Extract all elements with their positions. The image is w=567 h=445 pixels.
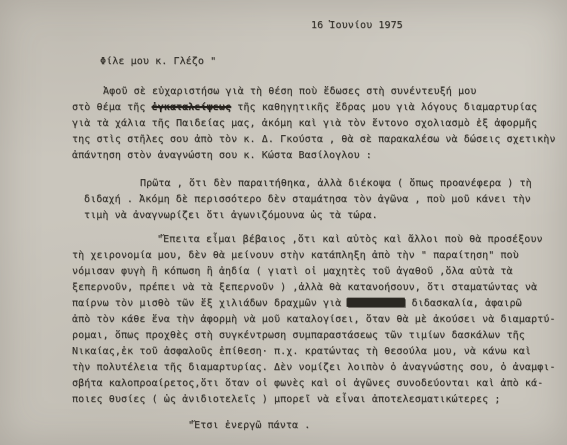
letter-line: Νικαίας,ἐκ τοῦ ἀσφαλοῦς ἐπίθεση· π.χ. κρ… (72, 346, 531, 357)
text-segment: τὴν πολυτέλεια τῆς διαμαρτυρίας. Δὲν νομ… (72, 362, 556, 373)
text-segment: στὸ θέμα τῆς (72, 102, 152, 113)
letter-line: τὴ χειρονομία μου, δὲν θὰ μείνουν στὴν κ… (72, 250, 519, 261)
letter-line: παίρνω τὸν μισθὸ τῶν ἕξ χιλιάδων δραχμῶν… (72, 298, 522, 309)
text-segment: ρομαι, ὅπως προχθὲς στὴ συγκέντρωση συμπ… (72, 330, 525, 341)
letter-line: ρομαι, ὅπως προχθὲς στὴ συγκέντρωση συμπ… (72, 330, 525, 341)
letter-line: διδαχή . Ἀκόμη δὲ περισσότερο δὲν σταμάτ… (84, 194, 531, 205)
text-segment: γιὰ τὰ χάλια τῆς Παιδείας μας, ἀκόμη καὶ… (72, 118, 537, 129)
letter-line: ξεπερνοῦν, πρέπει νὰ τὰ ξεπερνοῦν ) ,ἀλλ… (72, 282, 537, 293)
letter-date: 16 Ἰουνίου 1975 (311, 20, 403, 31)
text-segment: ποιες θυσίες ( ὡς ἀνιδιοτελεῖς ) μπορεῖ … (72, 394, 500, 405)
text-segment: διδασκαλία, ἀφαιρῶ (405, 298, 521, 309)
text-segment: της στὶς στῆλες σου ἀπὸ τὸν κ. Δ. Γκούστ… (72, 134, 556, 145)
letter-line: ποιες θυσίες ( ὡς ἀνιδιοτελεῖς ) μπορεῖ … (72, 394, 500, 405)
text-segment: ἀπὸ τὸν κάθε ἕνα τὴν ἀφορμὴ νὰ μοῦ καταλ… (72, 314, 556, 325)
text-segment: διδαχή . Ἀκόμη δὲ περισσότερο δὲν σταμάτ… (84, 194, 531, 205)
letter-line: σβήτα καλοπροαίρετος,ὅτι ὅταν οἱ φωνὲς κ… (72, 378, 543, 389)
letter-line: τιμὴ νὰ ἀναγνωρίζει ὅτι ἀγωνιζόμουνα ὡς … (84, 210, 378, 221)
text-segment: σβήτα καλοπροαίρετος,ὅτι ὅταν οἱ φωνὲς κ… (72, 378, 543, 389)
text-segment: τὴ χειρονομία μου, δὲν θὰ μείνουν στὴν κ… (72, 250, 519, 261)
text-segment: παίρνω τὸν μισθὸ τῶν ἕξ χιλιάδων δραχμῶν… (72, 298, 347, 309)
letter-line: "Ἔπειτα εἶμαι βέβαιος ,ὅτι καὶ αὐτὸς καὶ… (157, 234, 543, 245)
text-segment: ἀπάντηση στὸν ἀναγνώστη σου κ. Κώστα Βασ… (72, 150, 372, 161)
text-segment: Πρῶτα , ὅτι δὲν παραιτήθηκα, ἀλλὰ διέκοψ… (140, 178, 532, 189)
text-segment: νόμισαν φυγὴ ἢ κόπωση ἢ ἀηδία ( γιατὶ οἱ… (72, 266, 513, 277)
text-segment: "Ἔτσι ἐνεργῶ πάντα . (188, 420, 310, 431)
letter-line: τὴν πολυτέλεια τῆς διαμαρτυρίας. Δὲν νομ… (72, 362, 556, 373)
text-segment: ξεπερνοῦν, πρέπει νὰ τὰ ξεπερνοῦν ) ,ἀλλ… (72, 282, 537, 293)
letter-line: της στὶς στῆλες σου ἀπὸ τὸν κ. Δ. Γκούστ… (72, 134, 556, 145)
letter-line: Πρῶτα , ὅτι δὲν παραιτήθηκα, ἀλλὰ διέκοψ… (140, 178, 532, 189)
obliterated-word (347, 298, 405, 307)
overstruck-word: ἐγκαταλείψεως (152, 102, 232, 113)
text-segment: "Ἔπειτα εἶμαι βέβαιος ,ὅτι καὶ αὐτὸς καὶ… (157, 234, 543, 245)
text-segment: 16 Ἰουνίου 1975 (311, 20, 403, 31)
letter-line: στὸ θέμα τῆς ἐγκαταλείψεως τῆς καθηγητικ… (72, 102, 537, 113)
letter-line: ἀπὸ τὸν κάθε ἕνα τὴν ἀφορμὴ νὰ μοῦ καταλ… (72, 314, 556, 325)
letter-closing: "Ἔτσι ἐνεργῶ πάντα . (188, 420, 310, 431)
text-segment: Φίλε μου κ. Γλέζο " (100, 56, 216, 67)
letter-line: ἀπάντηση στὸν ἀναγνώστη σου κ. Κώστα Βασ… (72, 150, 372, 161)
letter-line: γιὰ τὰ χάλια τῆς Παιδείας μας, ἀκόμη καὶ… (72, 118, 537, 129)
letter-page: 16 Ἰουνίου 1975Φίλε μου κ. Γλέζο "Ἀφοῦ σ… (0, 0, 567, 445)
letter-salutation: Φίλε μου κ. Γλέζο " (100, 56, 216, 67)
letter-line: Ἀφοῦ σὲ εὐχαριστήσω γιὰ τὴ θέση ποὺ ἔδωσ… (103, 86, 476, 97)
text-segment: Ἀφοῦ σὲ εὐχαριστήσω γιὰ τὴ θέση ποὺ ἔδωσ… (103, 86, 476, 97)
text-segment: τῆς καθηγητικῆς ἕδρας μου γιὰ λόγους δια… (231, 102, 537, 113)
letter-line: νόμισαν φυγὴ ἢ κόπωση ἢ ἀηδία ( γιατὶ οἱ… (72, 266, 513, 277)
text-segment: Νικαίας,ἐκ τοῦ ἀσφαλοῦς ἐπίθεση· π.χ. κρ… (72, 346, 531, 357)
text-segment: τιμὴ νὰ ἀναγνωρίζει ὅτι ἀγωνιζόμουνα ὡς … (84, 210, 378, 221)
